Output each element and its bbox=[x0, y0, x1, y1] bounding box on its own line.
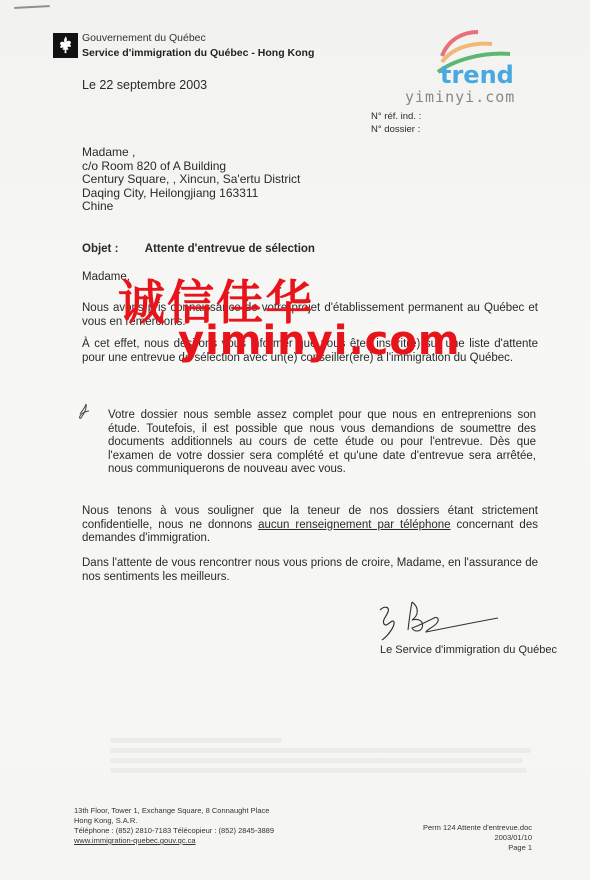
address-line: Madame , bbox=[82, 146, 300, 160]
subject-label: Objet : bbox=[82, 243, 142, 255]
letter-page: Gouvernement du Québec Service d'immigra… bbox=[0, 0, 590, 880]
fleur-de-lis-icon bbox=[53, 33, 78, 58]
trend-watermark-logo-icon: trend bbox=[430, 28, 530, 86]
document-filename: Perm 124 Attente d'entrevue.doc bbox=[420, 823, 532, 833]
handwritten-mark-icon bbox=[76, 400, 100, 424]
footer-document-info: Perm 124 Attente d'entrevue.doc 2003/01/… bbox=[420, 823, 532, 853]
government-name: Gouvernement du Québec bbox=[82, 32, 206, 44]
watermark-url-small: yiminyi.com bbox=[405, 88, 515, 106]
dossier-number-label: N° dossier : bbox=[371, 123, 421, 136]
footer-address-line: 13th Floor, Tower 1, Exchange Square, 8 … bbox=[74, 806, 274, 816]
address-line: c/o Room 820 of A Building bbox=[82, 160, 300, 174]
subject-line: Objet : Attente d'entrevue de sélection bbox=[82, 243, 315, 255]
footer-phone: Téléphone : (852) 2810-7183 Télécopieur … bbox=[74, 826, 274, 836]
paragraph-dossier-review: Votre dossier nous semble assez complet … bbox=[108, 409, 536, 477]
closing-paragraph: Dans l'attente de vous rencontrer nous v… bbox=[82, 557, 538, 584]
address-line: Century Square, , Xincun, Sa'ertu Distri… bbox=[82, 173, 300, 187]
footer-contact: 13th Floor, Tower 1, Exchange Square, 8 … bbox=[74, 806, 274, 846]
signer-name: Le Service d'immigration du Québec bbox=[380, 644, 557, 656]
no-phone-info-emphasis: aucun renseignement par téléphone bbox=[258, 519, 450, 531]
address-line: Chine bbox=[82, 200, 300, 214]
faded-bleed-through-text bbox=[110, 738, 540, 778]
reference-block: N° réf. ind. : N° dossier : bbox=[371, 110, 421, 136]
footer-address-line: Hong Kong, S.A.R. bbox=[74, 816, 274, 826]
footer-website-link[interactable]: www.immigration-quebec.gouv.qc.ca bbox=[74, 836, 274, 846]
signature-icon bbox=[372, 598, 512, 644]
page-number: Page 1 bbox=[420, 843, 532, 853]
paragraph-confidentiality: Nous tenons à vous souligner que la tene… bbox=[82, 505, 538, 546]
reference-number-label: N° réf. ind. : bbox=[371, 110, 421, 123]
letter-date: Le 22 septembre 2003 bbox=[82, 78, 207, 92]
service-name: Service d'immigration du Québec - Hong K… bbox=[82, 47, 314, 59]
watermark-url-large: yiminyi.com bbox=[178, 318, 461, 364]
staple-mark bbox=[14, 5, 50, 9]
document-date: 2003/01/10 bbox=[420, 833, 532, 843]
recipient-address: Madame , c/o Room 820 of A Building Cent… bbox=[82, 146, 300, 214]
subject-text: Attente d'entrevue de sélection bbox=[145, 243, 315, 255]
address-line: Daqing City, Heilongjiang 163311 bbox=[82, 187, 300, 201]
svg-text:trend: trend bbox=[440, 61, 514, 86]
